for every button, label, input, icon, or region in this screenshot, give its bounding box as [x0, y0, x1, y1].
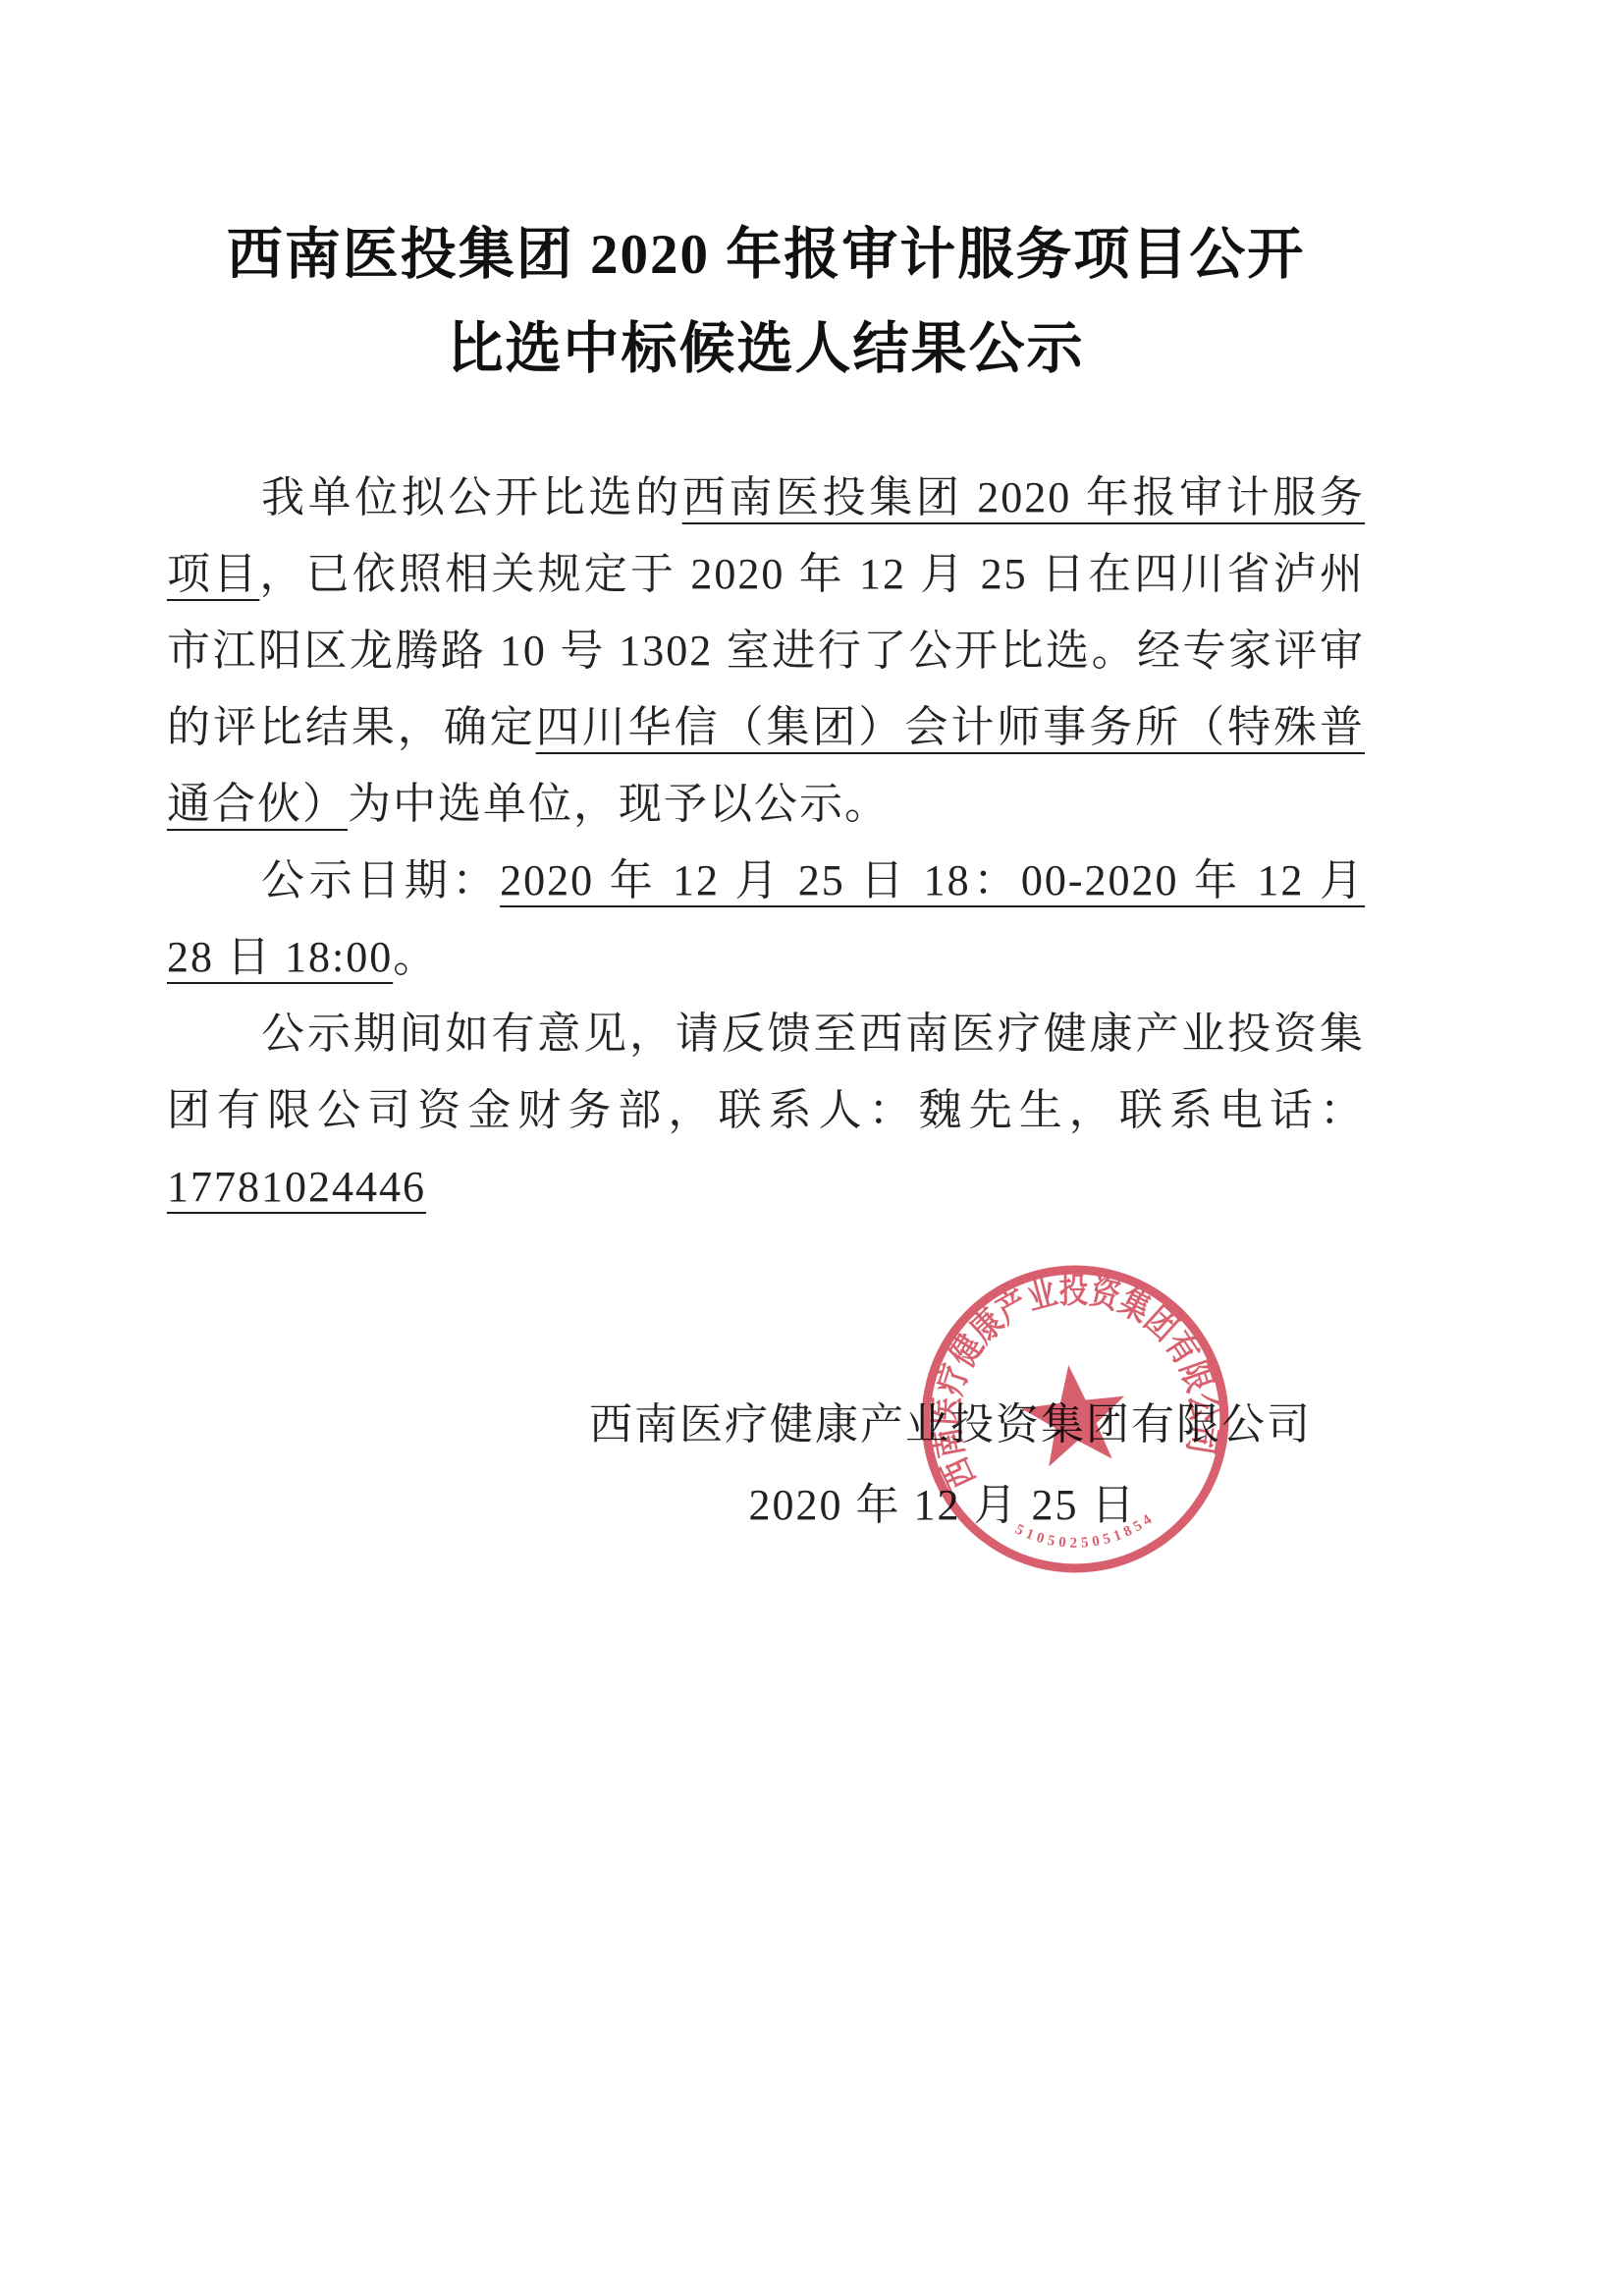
document-title: 西南医投集团 2020 年报审计服务项目公开 比选中标候选人结果公示: [167, 208, 1365, 397]
text-run: 公示期间如有意见，请反馈至西南医疗健康产业投资集团有限公司资金财务部，联系人：魏…: [167, 1010, 1365, 1134]
signature-company: 西南医疗健康产业投资集团有限公司: [589, 1385, 1296, 1465]
document-page: 西南医投集团 2020 年报审计服务项目公开 比选中标候选人结果公示 我单位拟公…: [0, 0, 1623, 2296]
title-line-1: 西南医投集团 2020 年报审计服务项目公开: [167, 208, 1365, 302]
signature-date: 2020 年 12 月 25 日: [589, 1465, 1296, 1546]
text-run: 为中选单位，现予以公示。: [348, 780, 890, 828]
paragraph-contact-info: 公示期间如有意见，请反馈至西南医疗健康产业投资集团有限公司资金财务部，联系人：魏…: [167, 996, 1365, 1226]
text-run: 。: [393, 933, 438, 981]
title-line-2: 比选中标候选人结果公示: [167, 302, 1365, 397]
paragraph-publicity-period: 公示日期：2020 年 12 月 25 日 18：00-2020 年 12 月 …: [167, 843, 1365, 996]
phone-number-underlined: 17781024446: [167, 1163, 426, 1211]
document-body: 我单位拟公开比选的西南医投集团 2020 年报审计服务项目，已依照相关规定于 2…: [167, 460, 1365, 1226]
paragraph-selection-result: 我单位拟公开比选的西南医投集团 2020 年报审计服务项目，已依照相关规定于 2…: [167, 460, 1365, 843]
text-run: 我单位拟公开比选的: [261, 473, 682, 521]
text-run: 公示日期：: [261, 856, 500, 904]
signature-block: 西南医疗健康产业投资集团有限公司 2020 年 12 月 25 日: [589, 1385, 1296, 1546]
